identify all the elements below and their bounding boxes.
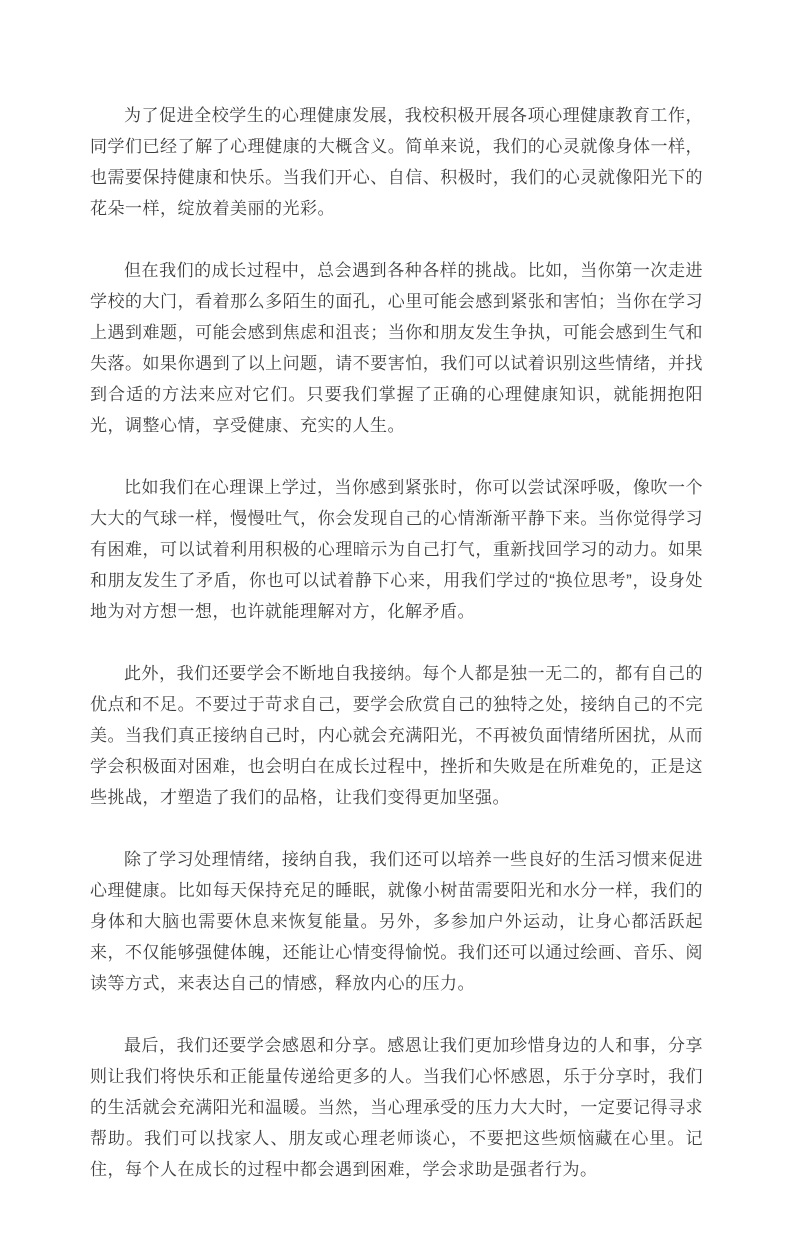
paragraph-challenges: 但在我们的成长过程中，总会遇到各种各样的挑战。比如，当你第一次走进学校的大门，看…	[90, 255, 703, 441]
document-page: 为了促进全校学生的心理健康发展，我校积极开展各项心理健康教育工作，同学们已经了解…	[0, 0, 793, 1245]
paragraph-self-acceptance: 此外，我们还要学会不断地自我接纳。每个人都是独一无二的，都有自己的优点和不足。不…	[90, 658, 703, 813]
paragraph-gratitude-sharing: 最后，我们还要学会感恩和分享。感恩让我们更加珍惜身边的人和事，分享则让我们将快乐…	[90, 1030, 703, 1185]
paragraph-intro: 为了促进全校学生的心理健康发展，我校积极开展各项心理健康教育工作，同学们已经了解…	[90, 100, 703, 224]
paragraph-healthy-habits: 除了学习处理情绪，接纳自我，我们还可以培养一些良好的生活习惯来促进心理健康。比如…	[90, 844, 703, 999]
document-body: 为了促进全校学生的心理健康发展，我校积极开展各项心理健康教育工作，同学们已经了解…	[90, 100, 703, 1185]
paragraph-coping-methods: 比如我们在心理课上学过，当你感到紧张时，你可以尝试深呼吸，像吹一个大大的气球一样…	[90, 472, 703, 627]
